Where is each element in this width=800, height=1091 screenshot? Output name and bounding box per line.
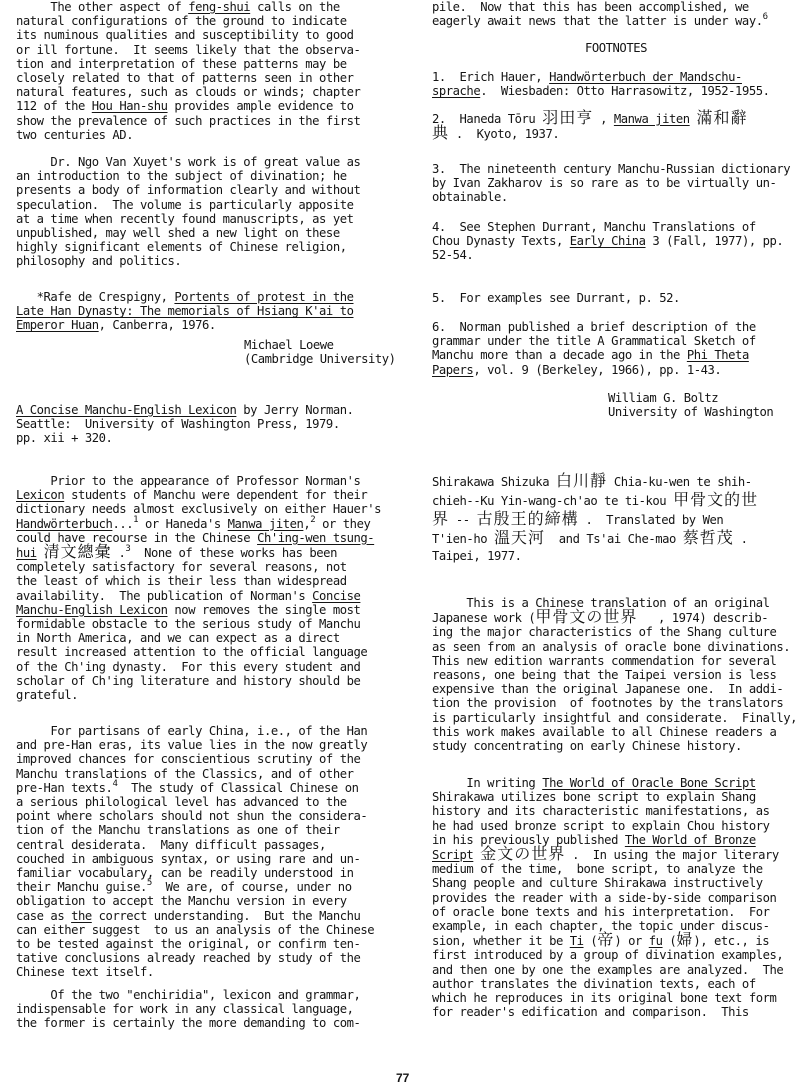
text-line: Shang people and culture Shirakawa instr… [432,876,800,890]
footnote-5: 5. For examples see Durrant, p. 52. [432,291,800,305]
text-line: tion of the Manchu translations as one o… [16,823,401,837]
underlined-title: feng-shui [188,0,250,14]
signature-boltz: William G. Boltz University of Washingto… [608,391,800,419]
chinese-characters: 蔡哲茂 [683,528,734,547]
text-line: natural features, such as clouds or wind… [16,85,401,99]
text-line: provides the reader with a side-by-side … [432,891,800,905]
text-line: tion and interpretation of these pattern… [16,57,401,71]
text-line: sion, whether it be Ti (帝) or fu (婦), et… [432,933,800,948]
text-line: pile. Now that this has been accomplishe… [432,0,800,14]
footnote-marker: 5 [147,878,152,888]
text-line: Lexicon students of Manchu were dependen… [16,488,401,502]
reviewer-affiliation: University of Washington [608,405,800,419]
text-line: ing the major characteristics of the Sha… [432,625,800,639]
text-line: A Concise Manchu-English Lexicon by Jerr… [16,403,401,417]
underlined-title: A Concise Manchu-English Lexicon [16,403,236,417]
text-line: first introduced by a group of divinatio… [432,948,800,962]
text-line: Seattle: University of Washington Press,… [16,417,401,431]
text-line: tion the provision of footnotes by the t… [432,696,800,710]
text-line: this work makes available to all Chinese… [432,725,800,739]
text-line: show the prevalence of such practices in… [16,114,401,128]
text-line: a serious philological level has advance… [16,795,401,809]
text-line: their Manchu guise.5 We are, of course, … [16,880,401,894]
chinese-characters: 甲骨文的世 [673,490,758,509]
chinese-characters: 白川靜 [556,471,607,490]
reviewer-name: Michael Loewe [244,338,401,352]
text-line: indispensable for work in any classical … [16,1002,401,1016]
text-line: dictionary needs almost exclusively on e… [16,502,401,516]
text-line: which he reproduces in its original bone… [432,991,800,1005]
text-line: familiar vocabulary, can be readily unde… [16,866,401,880]
underlined-title: Manwa jiten [614,112,690,126]
chinese-characters: 典 [432,123,449,142]
text-line: sprache. Wiesbaden: Otto Harrasowitz, 19… [432,84,800,98]
text-line: to be tested against the original, or co… [16,937,401,951]
text-line: two centuries AD. [16,128,401,142]
text-line: closely related to that of patterns seen… [16,71,401,85]
text-line: of the Ch'ing dynasty. For this every st… [16,660,401,674]
text-line: is particularly insightful and considera… [432,711,800,725]
chinese-characters: 清文總彙 [44,542,112,561]
text-line: or ill fortune. It seems likely that the… [16,43,401,57]
text-line: reasons, one being that the Taipei versi… [432,668,800,682]
text-line: 3. The nineteenth century Manchu-Russian… [432,162,800,176]
text-line: grateful. [16,688,401,702]
underlined-title: The World of Bronze [625,833,756,847]
chinese-characters: 羽田亨 [542,108,593,127]
underlined-title: Emperor Huan [16,318,99,332]
text-line: formidable obstacle to the serious study… [16,617,401,631]
text-line: result increased attention to the offici… [16,645,401,659]
text-line: Shirakawa utilizes bone script to explai… [432,790,800,804]
text-line: philosophy and politics. [16,254,401,268]
text-line: pp. xii + 320. [16,431,401,445]
underlined-title: sprache [432,84,480,98]
text-line: expensive than the original Japanese one… [432,682,800,696]
text-line: Taipei, 1977. [432,548,800,565]
text-line: 112 of the Hou Han-shu provides ample ev… [16,99,401,113]
underlined-title: fu [649,934,663,948]
text-line: Prior to the appearance of Professor Nor… [16,474,401,488]
text-line: study concentrating on early Chinese his… [432,739,800,753]
underlined-title: hui [16,546,37,560]
text-line: its numinous qualities and susceptibilit… [16,28,401,42]
chinese-characters: 帝 [597,930,614,949]
text-line: obtainable. [432,190,800,204]
text-line: improved chances for conscientious scrut… [16,752,401,766]
text-line: by Ivan Zakharov is so rare as to be vir… [432,176,800,190]
continuation-paragraph: pile. Now that this has been accomplishe… [432,0,800,28]
text-line: central desiderata. Many difficult passa… [16,838,401,852]
text-line: he had used bronze script to explain Cho… [432,819,800,833]
text-line: at a time when recently found manuscript… [16,212,401,226]
footnote-6: 6. Norman published a brief description … [432,320,800,377]
text-line: obligation to accept the Manchu version … [16,894,401,908]
text-line: *Rafe de Crespigny, Portents of protest … [16,290,401,304]
text-line: point where scholars should not shun the… [16,809,401,823]
enchiridia-paragraph: Of the two "enchiridia", lexicon and gra… [16,988,401,1031]
text-line: speculation. The volume is particularly … [16,198,401,212]
review-heading-lexicon: A Concise Manchu-English Lexicon by Jerr… [16,403,401,446]
text-line: 1. Erich Hauer, Handwörterbuch der Mands… [432,70,800,84]
page-number: 77 [396,1071,409,1085]
underlined-title: Manchu-English Lexicon [16,603,168,617]
underlined-title: Portents of protest in the [174,290,353,304]
text-line: example, in each chapter, the topic unde… [432,919,800,933]
value-paragraph: Dr. Ngo Van Xuyet's work is of great val… [16,155,401,269]
text-line: couched in ambiguous syntax, or using ra… [16,852,401,866]
chinese-characters: 溫天河 [494,528,545,547]
prior-paragraph: Prior to the appearance of Professor Nor… [16,474,401,702]
text-line: tative conclusions already reached by st… [16,951,401,965]
underlined-title: Late Han Dynasty: The memorials of Hsian… [16,304,354,318]
text-line: Dr. Ngo Van Xuyet's work is of great val… [16,155,401,169]
underlined-title: the [71,909,92,923]
text-line: of oracle bone texts and his interpretat… [432,905,800,919]
text-line: Of the two "enchiridia", lexicon and gra… [16,988,401,1002]
text-line: natural configurations of the ground to … [16,14,401,28]
writing-paragraph: In writing The World of Oracle Bone Scri… [432,776,800,1019]
chinese-characters: 婦 [676,930,693,949]
underlined-title: Handwörterbuch der Mandschu- [549,70,742,84]
footnote-marker: 6 [763,12,768,22]
underlined-title: Papers [432,363,473,377]
underlined-title: Lexicon [16,488,64,502]
underlined-title: Ti [570,934,584,948]
crespigny-footnote: *Rafe de Crespigny, Portents of protest … [16,290,401,333]
underlined-title: Concise [312,589,360,603]
text-line: presents a body of information clearly a… [16,183,401,197]
text-line: chieh--Ku Yin-wang-ch'ao te ti-kou 甲骨文的世 [432,491,800,510]
footnote-4: 4. See Stephen Durrant, Manchu Translati… [432,220,800,263]
text-line: 典 . Kyoto, 1937. [432,126,800,141]
fengshui-paragraph: The other aspect of feng-shui calls on t… [16,0,401,142]
text-line: Japanese work (甲骨文の世界 , 1974) describ- [432,610,800,625]
text-line: Manchu more than a decade ago in the Phi… [432,348,800,362]
text-line: availability. The publication of Norman'… [16,589,401,603]
text-line: history and its characteristic manifesta… [432,804,800,818]
text-line: 6. Norman published a brief description … [432,320,800,334]
text-line: Manchu-English Lexicon now removes the s… [16,603,401,617]
footnote-marker: 2 [310,515,315,525]
underlined-title: Handwörterbuch [16,517,112,531]
text-line: completely satisfactory for several reas… [16,560,401,574]
footnotes-heading: FOOTNOTES [432,41,800,55]
reviewer-name: William G. Boltz [608,391,800,405]
text-line: in North America, and we can expect as a… [16,631,401,645]
text-line: can either suggest to us an analysis of … [16,923,401,937]
footnote-3: 3. The nineteenth century Manchu-Russian… [432,162,800,205]
text-line: author translates the divination texts, … [432,977,800,991]
text-line: scholar of Ch'ing literature and history… [16,674,401,688]
text-line: and pre-Han eras, its value lies in the … [16,738,401,752]
footnote-marker: 3 [125,544,130,554]
underlined-title: Hou Han-shu [92,99,168,113]
chinese-characters: 界 [432,509,449,528]
text-line: 5. For examples see Durrant, p. 52. [432,291,800,305]
text-line: Handwörterbuch...1 or Haneda's Manwa jit… [16,517,401,531]
text-line: Shirakawa Shizuka 白川靜 Chia-ku-wen te shi… [432,472,800,491]
text-line: 2. Haneda Tōru 羽田亨 , Manwa jiten 滿和辭 [432,111,800,126]
text-line: unpublished, may well shed a new light o… [16,226,401,240]
partisans-paragraph: For partisans of early China, i.e., of t… [16,724,401,980]
text-line: The other aspect of feng-shui calls on t… [16,0,401,14]
text-line: Script 金文の世界 . In using the major litera… [432,847,800,862]
text-line: the least of which is their less than wi… [16,574,401,588]
text-line: eagerly await news that the latter is un… [432,14,800,28]
chinese-characters: 甲骨文の世界 [535,607,637,626]
underlined-title: Ch'ing-wen tsung- [257,531,374,545]
reviewer-affiliation: (Cambridge University) [244,352,401,366]
text-line: 52-54. [432,248,800,262]
chinese-characters: 滿和辭 [697,108,748,127]
translation-paragraph: This is a Chinese translation of an orig… [432,596,800,753]
review-heading-shirakawa: Shirakawa Shizuka 白川靜 Chia-ku-wen te shi… [432,472,800,565]
text-line: hui 清文總彙 .3 None of these works has been [16,545,401,560]
text-line: and then one by one the examples are ana… [432,963,800,977]
text-line: Chou Dynasty Texts, Early China 3 (Fall,… [432,234,800,248]
chinese-characters: 金文の世界 [480,844,565,863]
text-line: In writing The World of Oracle Bone Scri… [432,776,800,790]
text-line: case as the correct understanding. But t… [16,909,401,923]
footnote-marker: 1 [133,515,138,525]
underlined-title: The World of Oracle Bone Script [542,776,756,790]
chinese-characters: 古殷王的締構 [477,509,579,528]
underlined-title: Script [432,848,473,862]
underlined-title: Early China [570,234,646,248]
text-line: 4. See Stephen Durrant, Manchu Translati… [432,220,800,234]
text-line: 界 -- 古殷王的締構 . Translated by Wen [432,510,800,529]
signature-loewe: Michael Loewe (Cambridge University) [244,338,401,366]
text-line: Chinese text itself. [16,965,401,979]
text-line: T'ien-ho 溫天河 and Ts'ai Che-mao 蔡哲茂 . [432,529,800,548]
footnote-2: 2. Haneda Tōru 羽田亨 , Manwa jiten 滿和辭典 . … [432,111,800,141]
text-line: pre-Han texts.4 The study of Classical C… [16,781,401,795]
text-line: for reader's edification and comparison.… [432,1005,800,1019]
text-line: Papers, vol. 9 (Berkeley, 1966), pp. 1-4… [432,363,800,377]
text-line: grammar under the title A Grammatical Sk… [432,334,800,348]
footnote-marker: 4 [112,779,117,789]
text-line: For partisans of early China, i.e., of t… [16,724,401,738]
text-line: highly significant elements of Chinese r… [16,240,401,254]
text-line: Late Han Dynasty: The memorials of Hsian… [16,304,401,318]
text-line: the former is certainly the more demandi… [16,1016,401,1030]
text-line: medium of the time, bone script, to anal… [432,862,800,876]
text-line: Manchu translations of the Classics, and… [16,767,401,781]
footnote-1: 1. Erich Hauer, Handwörterbuch der Mands… [432,70,800,98]
text-line: This new edition warrants commendation f… [432,654,800,668]
text-line: Emperor Huan, Canberra, 1976. [16,318,401,332]
text-line: as seen from an analysis of oracle bone … [432,640,800,654]
text-line: an introduction to the subject of divina… [16,169,401,183]
underlined-title: Phi Theta [687,348,749,362]
underlined-title: Manwa jiten [228,517,304,531]
